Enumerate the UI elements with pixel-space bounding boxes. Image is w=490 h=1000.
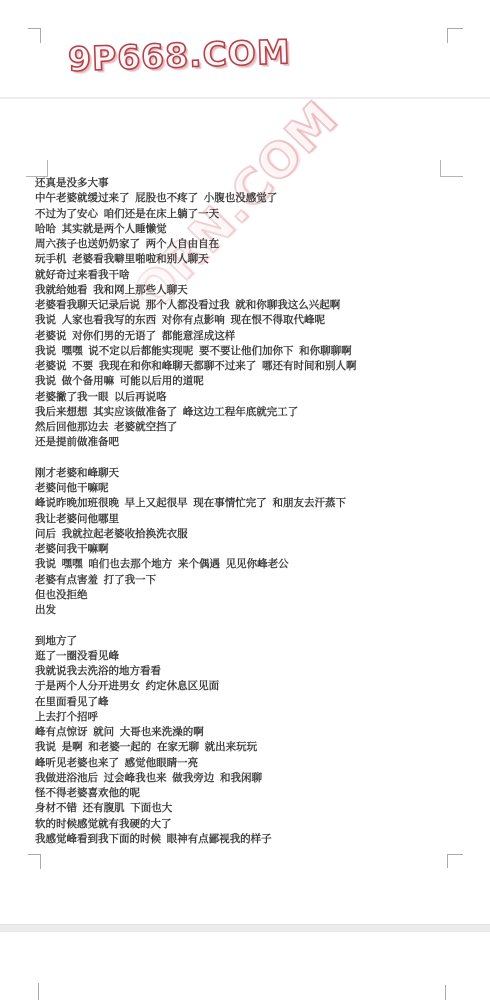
- document-page: 9P668.COM PORN.COM 还真是没多大事中午老婆就缓过来了 屁股也不…: [0, 0, 490, 1000]
- text-line: 刚才老婆和峰聊天: [35, 466, 465, 481]
- text-line: 我就给她看 我和网上那些人聊天: [35, 283, 465, 298]
- text-line: 老婆问我干嘛啊: [35, 542, 465, 557]
- text-line: 老婆有点害羞 打了我一下: [35, 573, 465, 588]
- text-line: 我说 嘿嘿 咱们也去那个地方 来个偶遇 见见你峰老公: [35, 557, 465, 572]
- text-line: 我说 做个备用嘛 可能以后用的道呢: [35, 374, 465, 389]
- text-line: 逛了一圈没看见峰: [35, 649, 465, 664]
- text-line: 老婆看我聊天记录后说 那个人都没看过我 就和你聊我这么兴起啊: [35, 298, 465, 313]
- page-2: [0, 932, 490, 1000]
- crop-mark-bottom-right: [447, 854, 463, 868]
- text-line: 哈哈 其实就是两个人睡懒觉: [35, 222, 465, 237]
- text-line: 中午老婆就缓过来了 屁股也不疼了 小腹也没感觉了: [35, 191, 465, 206]
- text-line: 我感觉峰看到我下面的时候 眼神有点鄙视我的样子: [35, 832, 465, 847]
- text-line: 软的时候感觉就有我硬的大了: [35, 817, 465, 832]
- site-logo: 9P668.COM: [67, 32, 291, 79]
- text-line: 老婆问他干嘛呢: [35, 481, 465, 496]
- text-line: 就好奇过来看我干啥: [35, 268, 465, 283]
- page-break-gap: [0, 924, 490, 932]
- crop-mark-top-left: [28, 28, 41, 43]
- text-line: 周六孩子也送奶奶家了 两个人自由自在: [35, 237, 465, 252]
- story-text: 还真是没多大事中午老婆就缓过来了 屁股也不疼了 小腹也没感觉了不过为了安心 咱们…: [35, 176, 465, 847]
- crop-mark-page2-right: [445, 985, 446, 1000]
- text-line: 还是提前做准备吧: [35, 435, 465, 450]
- blank-line: [35, 618, 465, 633]
- text-line: 在里面看见了峰: [35, 695, 465, 710]
- text-line: 老婆说 对你们男的无语了 都能意淫成这样: [35, 329, 465, 344]
- text-line: 我让老婆问他哪里: [35, 512, 465, 527]
- text-line: 于是两个人分开进男女 约定休息区见面: [35, 679, 465, 694]
- text-line: 不过为了安心 咱们还是在床上躺了一天: [35, 207, 465, 222]
- crop-mark-bottom-left: [28, 854, 41, 869]
- text-line: 上去打个招呼: [35, 710, 465, 725]
- text-line: 然后回他那边去 老婆就空挡了: [35, 420, 465, 435]
- crop-mark-mid-right: [440, 160, 463, 177]
- text-line: 但也没拒绝: [35, 588, 465, 603]
- text-line: 我说 嘿嘿 说不定以后都能实现呢 要不要让他们加你下 和你聊聊啊: [35, 344, 465, 359]
- text-line: 老婆说 不要 我现在和你和峰聊天都聊不过来了 哪还有时间和别人啊: [35, 359, 465, 374]
- text-line: 还真是没多大事: [35, 176, 465, 191]
- text-line: 身材不错 还有腹肌 下面也大: [35, 801, 465, 816]
- crop-mark-page2-left: [38, 983, 39, 1000]
- text-line: 怪不得老婆喜欢他的呢: [35, 786, 465, 801]
- text-line: 我做进浴池后 过会峰我也来 做我旁边 和我闲聊: [35, 771, 465, 786]
- text-line: 出发: [35, 603, 465, 618]
- text-line: 问后 我就拉起老婆收拾换洗衣服: [35, 527, 465, 542]
- text-line: 玩手机 老婆看我噼里啪啦和别人聊天: [35, 252, 465, 267]
- blank-line: [35, 451, 465, 466]
- text-line: 我说 是啊 和老婆一起的 在家无聊 就出来玩玩: [35, 740, 465, 755]
- header-divider: [0, 97, 490, 99]
- text-line: 到地方了: [35, 634, 465, 649]
- text-line: 我就说我去洗浴的地方看看: [35, 664, 465, 679]
- text-line: 峰说昨晚加班很晚 早上又起很早 现在事情忙完了 和朋友去汗蒸下: [35, 496, 465, 511]
- text-line: 我后来想想 其实应该做准备了 峰这边工程年底就完工了: [35, 405, 465, 420]
- crop-mark-mid-left: [26, 160, 48, 177]
- text-line: 峰有点惊讶 就问 大哥也来洗澡的啊: [35, 725, 465, 740]
- text-line: 我说 人家也看我写的东西 对你有点影响 现在恨不得取代峰呢: [35, 313, 465, 328]
- text-line: 峰听见老婆也来了 感觉他眼睛一亮: [35, 756, 465, 771]
- crop-mark-top-right: [447, 28, 463, 43]
- text-line: 老婆撇了我一眼 以后再说咯: [35, 390, 465, 405]
